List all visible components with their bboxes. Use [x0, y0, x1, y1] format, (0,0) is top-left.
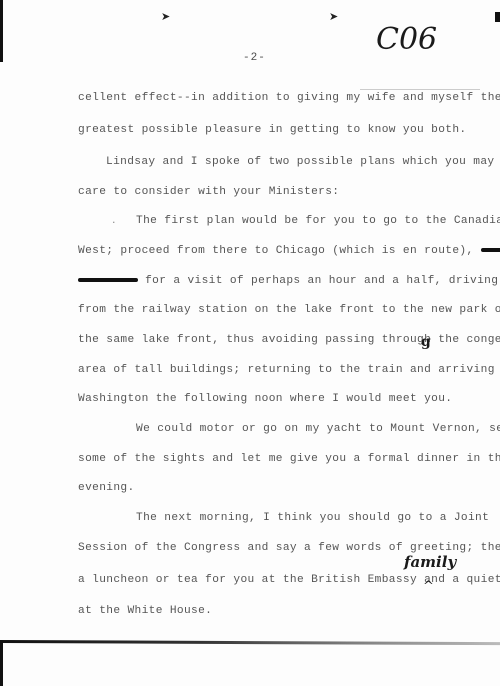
text-line: We could motor or go on my yacht to Moun… [136, 423, 500, 435]
faint-rule [360, 89, 480, 90]
caret-insertion-mark: ^ [423, 579, 434, 594]
text-line: a luncheon or tea for you at the British… [78, 574, 500, 586]
text-line-content: West; proceed from there to Chicago (whi… [78, 245, 474, 257]
struck-out-text [78, 278, 138, 282]
punch-mark-icon: ➤ [329, 10, 338, 23]
scanned-letter-page: ➤ ➤ C06 -2- cellent effect--in addition … [0, 0, 500, 686]
handwritten-insertion-g: g [421, 334, 431, 350]
text-line: area of tall buildings; returning to the… [78, 364, 500, 376]
page-number: -2- [243, 52, 266, 64]
punch-mark-icon: ➤ [161, 10, 170, 23]
scan-edge-left-top [0, 0, 3, 62]
handwritten-insertion-family: family [404, 553, 456, 571]
text-line: from the railway station on the lake fro… [78, 304, 500, 316]
text-line: West; proceed from there to Chicago (whi… [78, 245, 500, 257]
text-line-content: for a visit of perhaps an hour and a hal… [145, 275, 498, 287]
text-line: Washington the following noon where I wo… [78, 393, 452, 405]
scan-edge-bottom [0, 640, 500, 645]
stray-dot: . [112, 213, 116, 226]
text-line: evening. [78, 482, 135, 494]
text-line: at the White House. [78, 605, 212, 617]
text-line: the same lake front, thus avoiding passi… [78, 334, 500, 346]
text-line: Lindsay and I spoke of two possible plan… [106, 156, 495, 168]
text-line: for a visit of perhaps an hour and a hal… [78, 275, 498, 287]
text-line: greatest possible pleasure in getting to… [78, 124, 467, 136]
struck-out-text [481, 248, 500, 252]
text-line: some of the sights and let me give you a… [78, 453, 500, 465]
text-line: The next morning, I think you should go … [136, 512, 489, 524]
text-line: The first plan would be for you to go to… [136, 215, 500, 227]
text-line: care to consider with your Ministers: [78, 186, 339, 198]
archive-label: C06 [376, 22, 437, 57]
scan-edge-right-mark [495, 12, 500, 22]
text-line: cellent effect--in addition to giving my… [78, 92, 500, 104]
scan-edge-left-bottom [0, 642, 3, 686]
